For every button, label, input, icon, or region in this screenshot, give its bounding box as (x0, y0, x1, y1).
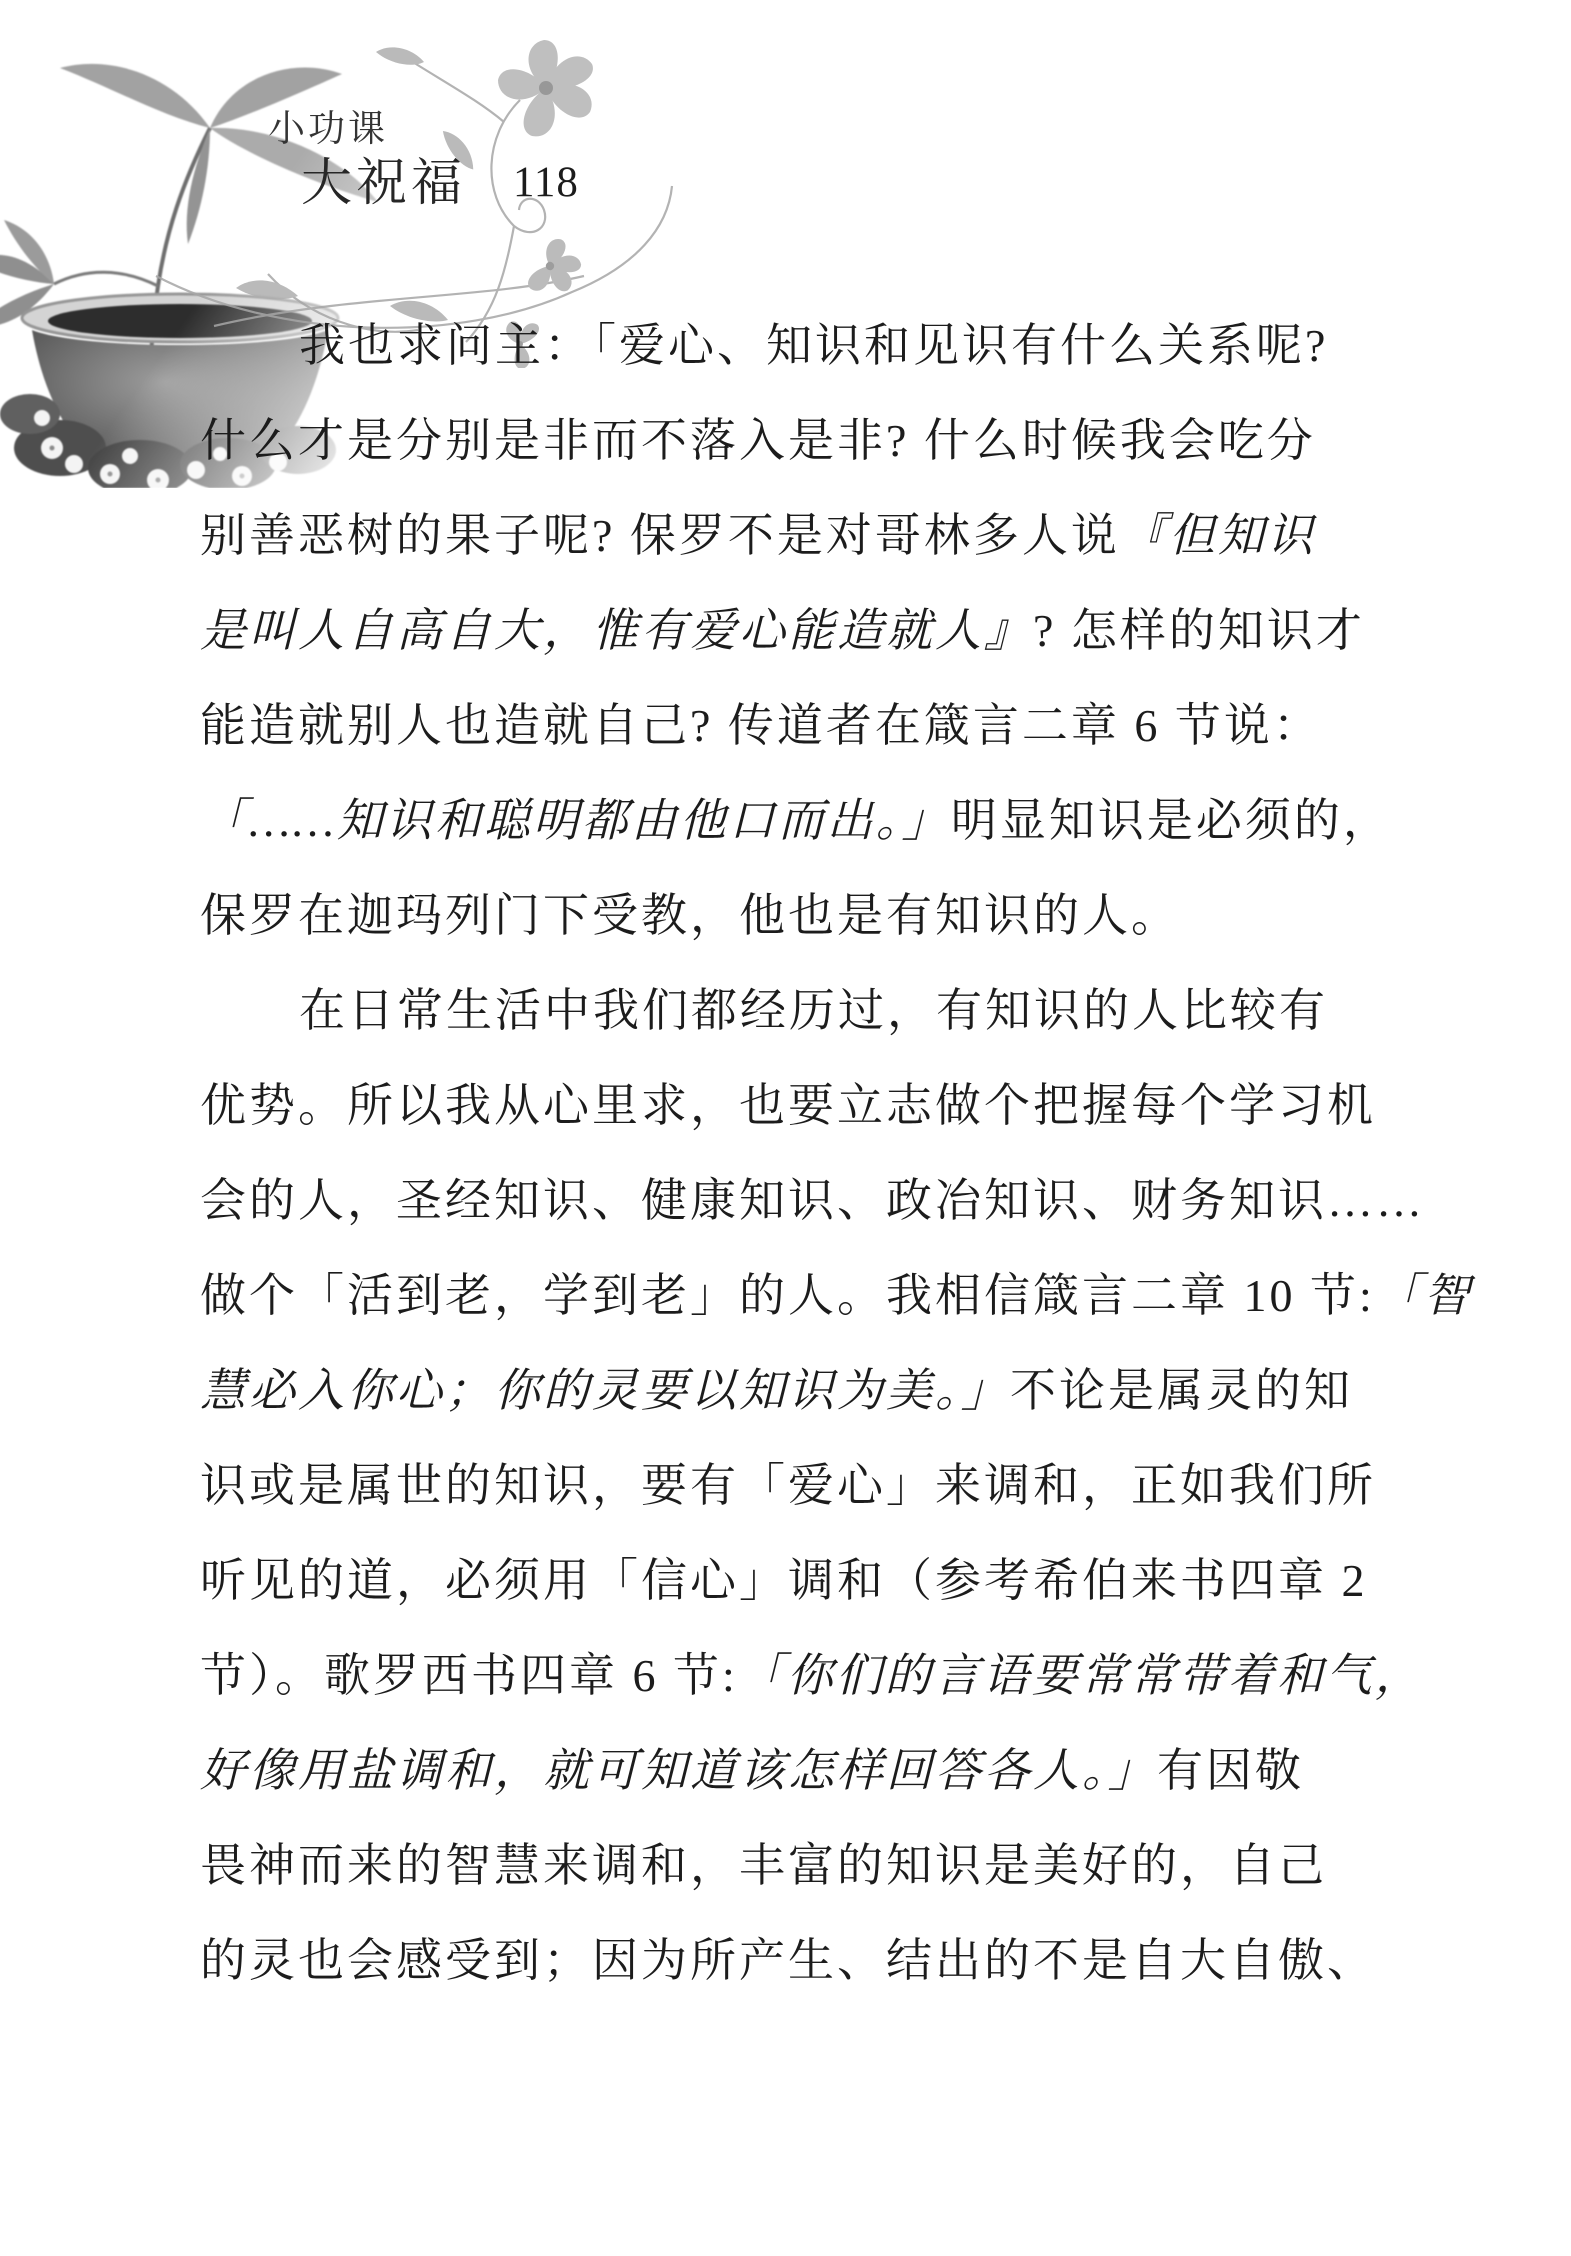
text-line: 畏神而来的智慧来调和，丰富的知识是美好的，自己 (200, 1818, 1392, 1913)
body-segment: 节）。歌罗西书四章 6 节: (200, 1650, 738, 1701)
body-segment: 在日常生活中我们都经历过，有知识的人比较有 (299, 985, 1328, 1036)
scripture-quote: 「智 (1375, 1270, 1473, 1321)
page-number: 118 (513, 158, 579, 207)
scripture-quote: 『但知识 (1120, 510, 1316, 561)
body-segment: 保罗在迦玛列门下受教，他也是有知识的人。 (200, 890, 1180, 941)
body-segment: 能造就别人也造就自己? 传道者在箴言二章 6 节说： (200, 700, 1322, 751)
text-line: 别善恶树的果子呢? 保罗不是对哥林多人说『但知识 (200, 488, 1392, 583)
body-segment: 别善恶树的果子呢? 保罗不是对哥林多人说 (200, 510, 1120, 561)
text-line: 慧必入你心；你的灵要以知识为美。」不论是属灵的知 (200, 1343, 1392, 1438)
text-line: 保罗在迦玛列门下受教，他也是有知识的人。 (200, 868, 1392, 963)
scripture-quote: 慧必入你心；你的灵要以知识为美。」 (200, 1365, 1010, 1416)
text-line: 我也求问主：「爱心、知识和见识有什么关系呢? (200, 298, 1392, 393)
body-text: 我也求问主：「爱心、知识和见识有什么关系呢?什么才是分别是非而不落入是非? 什么… (200, 298, 1392, 2008)
body-segment: 畏神而来的智慧来调和，丰富的知识是美好的，自己 (200, 1840, 1327, 1891)
text-line: 是叫人自高自大，惟有爱心能造就人』? 怎样的知识才 (200, 583, 1392, 678)
text-line: 节）。歌罗西书四章 6 节:「你们的言语要常常带着和气， (200, 1628, 1392, 1723)
book-page: 小功课 大祝福 118 我也求问主：「爱心、知识和见识有什么关系呢?什么才是分别… (0, 0, 1571, 2256)
body-segment: 明显知识是必须的， (951, 795, 1392, 846)
scripture-quote: 是叫人自高自大，惟有爱心能造就人』 (200, 605, 1033, 656)
text-line: 优势。所以我从心里求，也要立志做个把握每个学习机 (200, 1058, 1392, 1153)
text-line: 好像用盐调和，就可知道该怎样回答各人。」有因敬 (200, 1723, 1392, 1818)
text-line: 会的人，圣经知识、健康知识、政冶知识、财务知识…… (200, 1153, 1392, 1248)
body-segment: 做个「活到老，学到老」的人。我相信箴言二章 10 节: (200, 1270, 1375, 1321)
text-line: 听见的道，必须用「信心」调和（参考希伯来书四章 2 (200, 1533, 1392, 1628)
body-segment: 什么才是分别是非而不落入是非? 什么时候我会吃分 (200, 415, 1316, 466)
text-line: 「……知识和聪明都由他口而出。」明显知识是必须的， (200, 773, 1392, 868)
body-segment: 听见的道，必须用「信心」调和（参考希伯来书四章 2 (200, 1555, 1368, 1606)
body-segment: 的灵也会感受到；因为所产生、结出的不是自大自傲、 (200, 1935, 1376, 1986)
body-segment: 有因敬 (1157, 1745, 1304, 1796)
scripture-quote: 好像用盐调和，就可知道该怎样回答各人。」 (200, 1745, 1157, 1796)
text-line: 识或是属世的知识，要有「爱心」来调和，正如我们所 (200, 1438, 1392, 1533)
main-title: 大祝福 (301, 141, 466, 215)
text-line: 在日常生活中我们都经历过，有知识的人比较有 (200, 963, 1392, 1058)
body-segment: 不论是属灵的知 (1010, 1365, 1353, 1416)
body-segment: 会的人，圣经知识、健康知识、政冶知识、财务知识…… (200, 1175, 1425, 1226)
body-segment: 优势。所以我从心里求，也要立志做个把握每个学习机 (200, 1080, 1376, 1131)
body-segment: 识或是属世的知识，要有「爱心」来调和，正如我们所 (200, 1460, 1376, 1511)
scripture-quote: 「你们的言语要常常带着和气， (738, 1650, 1424, 1701)
text-line: 什么才是分别是非而不落入是非? 什么时候我会吃分 (200, 393, 1392, 488)
text-line: 的灵也会感受到；因为所产生、结出的不是自大自傲、 (200, 1913, 1392, 2008)
scripture-quote: 「……知识和聪明都由他口而出。」 (200, 795, 951, 846)
body-segment: 我也求问主：「爱心、知识和见识有什么关系呢? (299, 320, 1328, 371)
text-line: 做个「活到老，学到老」的人。我相信箴言二章 10 节:「智 (200, 1248, 1392, 1343)
text-line: 能造就别人也造就自己? 传道者在箴言二章 6 节说： (200, 678, 1392, 773)
body-segment: ? 怎样的知识才 (1033, 605, 1365, 656)
